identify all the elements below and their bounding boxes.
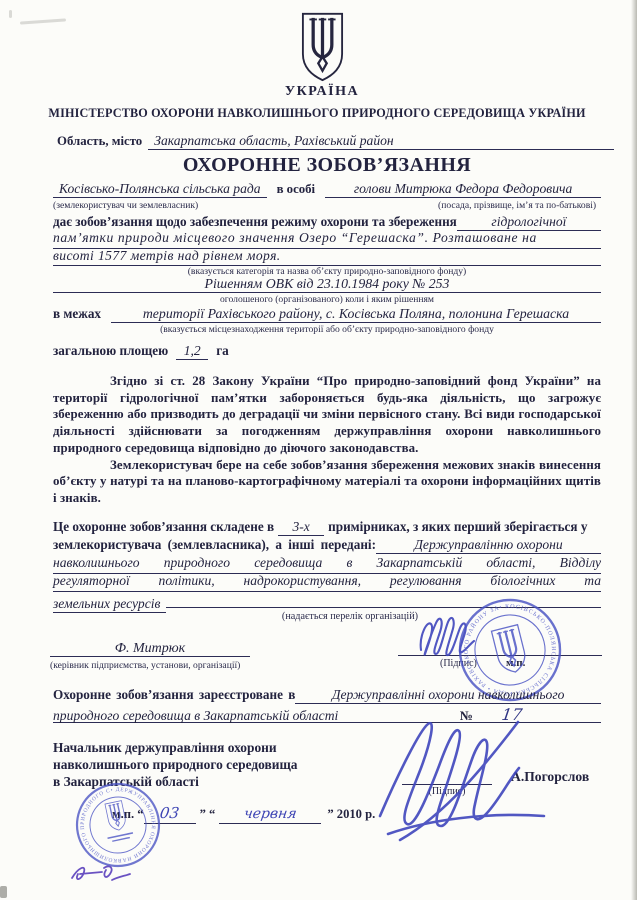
copies-value: 3-х — [278, 519, 324, 536]
object-desc-line2: пам’ятки природи місцевого значення Озер… — [53, 230, 601, 249]
area-label: загальною площею — [53, 343, 168, 359]
head-name-line: Ф. Митрюк — [50, 639, 250, 657]
copies-line2: землекористувача (землевласника), а інші… — [53, 537, 376, 553]
chief-title-line1: Начальник держуправління охорони — [53, 740, 277, 756]
date-month: червня — [243, 806, 298, 822]
scan-artifact — [9, 10, 12, 18]
org-line1: Держуправлінню охорони — [376, 537, 601, 554]
date-day: 03 — [159, 804, 181, 822]
paragraph-landuser-duty: Землекористувач бере на себе зобов’язанн… — [53, 457, 601, 507]
svg-text:• ДЕРЖУПРАВЛІННЯ ОХОРОНИ НАВКО: • ДЕРЖУПРАВЛІННЯ ОХОРОНИ НАВКОЛИШНЬОГО П… — [66, 773, 163, 872]
org-line2: навколишнього природного середовища в За… — [53, 555, 601, 574]
copies-row-2: землекористувача (землевласника), а інші… — [53, 537, 601, 554]
registered-value-2: природного середовища в Закарпатській об… — [53, 708, 338, 724]
chief-signature — [366, 716, 558, 844]
copies-row-1: Це охоронне зобов’язання складене в 3-х … — [53, 519, 601, 536]
within-label: в межах — [53, 306, 101, 322]
scan-artifact — [20, 18, 66, 24]
chief-title-line2: навколишнього природного середовища — [53, 757, 297, 773]
decision-value: Рішенням ОВК від 23.10.1984 року № 253 — [53, 276, 601, 293]
department-stamp-text: • ДЕРЖУПРАВЛІННЯ ОХОРОНИ НАВКОЛИШНЬОГО П… — [66, 773, 163, 872]
area-value: 1,2 — [176, 343, 208, 360]
date-month-field: червня — [219, 805, 321, 824]
within-value: території Рахівського району, с. Косівсь… — [111, 306, 601, 323]
within-row: в межах території Рахівського району, с.… — [53, 306, 601, 323]
landuser-value: Косівсько-Полянська сільська рада — [53, 181, 267, 198]
object-type-value: гідрологічної — [457, 214, 601, 231]
body-paragraphs: Згідно зі ст. 28 Закону України “Про при… — [53, 373, 601, 507]
paragraph-law: Згідно зі ст. 28 Закону України “Про при… — [53, 373, 601, 457]
region-row: Область, місто Закарпатська область, Рах… — [57, 133, 614, 150]
area-row: загальною площею 1,2 га — [53, 343, 229, 360]
org-line3: регуляторної політики, надрокористування… — [53, 573, 601, 592]
pledge-row: дає зобов’язання щодо забезпечення режим… — [53, 214, 601, 231]
head-hint: (керівник підприємства, установи, органі… — [50, 660, 240, 671]
scanned-document: УКРАЇНА МІНІСТЕРСТВО ОХОРОНИ НАВКОЛИШНЬО… — [0, 0, 637, 900]
person-hint: (посада, прізвище, ім’я та по-батькові) — [438, 200, 596, 211]
page-title: ОХОРОННЕ ЗОБОВ’ЯЗАННЯ — [53, 154, 601, 177]
copies-pre: Це охоронне зобов’язання складене в — [53, 519, 274, 535]
region-value: Закарпатська область, Рахівський район — [148, 133, 614, 150]
landuser-row: Косівсько-Полянська сільська рада в особ… — [53, 181, 601, 198]
date-suffix: ” 2010 р. — [327, 807, 375, 822]
pledge-label: дає зобов’язання щодо забезпечення режим… — [53, 214, 457, 230]
object-desc-line3: висоті 1577 метрів над рівнем моря. — [53, 248, 601, 266]
decision-hint: оголошеного (організованого) коли і яким… — [53, 294, 601, 305]
copies-post: примірниках, з яких перший зберігається … — [328, 519, 587, 535]
head-name: Ф. Митрюк — [115, 641, 185, 656]
registered-row-1: Охоронне зобов’язання зареєстроване в Де… — [53, 687, 601, 704]
stamp-center-text-line — [112, 837, 130, 842]
person-value: голови Митрюка Федора Федоровича — [325, 181, 601, 198]
ministry-title: МІНІСТЕРСТВО ОХОРОНИ НАВКОЛИШНЬОГО ПРИРО… — [37, 106, 597, 121]
date-mid: ” “ — [200, 807, 216, 822]
in-person-label: в особі — [277, 182, 316, 197]
margin-initial-signature — [66, 862, 138, 890]
area-unit: га — [216, 343, 229, 359]
registered-value-1: Держуправлінні охорони навколишнього — [295, 687, 601, 704]
scan-artifact — [0, 886, 7, 898]
region-label: Область, місто — [57, 134, 142, 149]
landuser-hint: (землекористувач чи землевласник) — [53, 200, 198, 211]
country-name: УКРАЇНА — [262, 84, 382, 100]
state-emblem-icon — [296, 12, 349, 82]
location-hint: (вказується місцезнаходження території а… — [53, 324, 601, 335]
registered-label: Охоронне зобов’язання зареєстроване в — [53, 687, 295, 703]
